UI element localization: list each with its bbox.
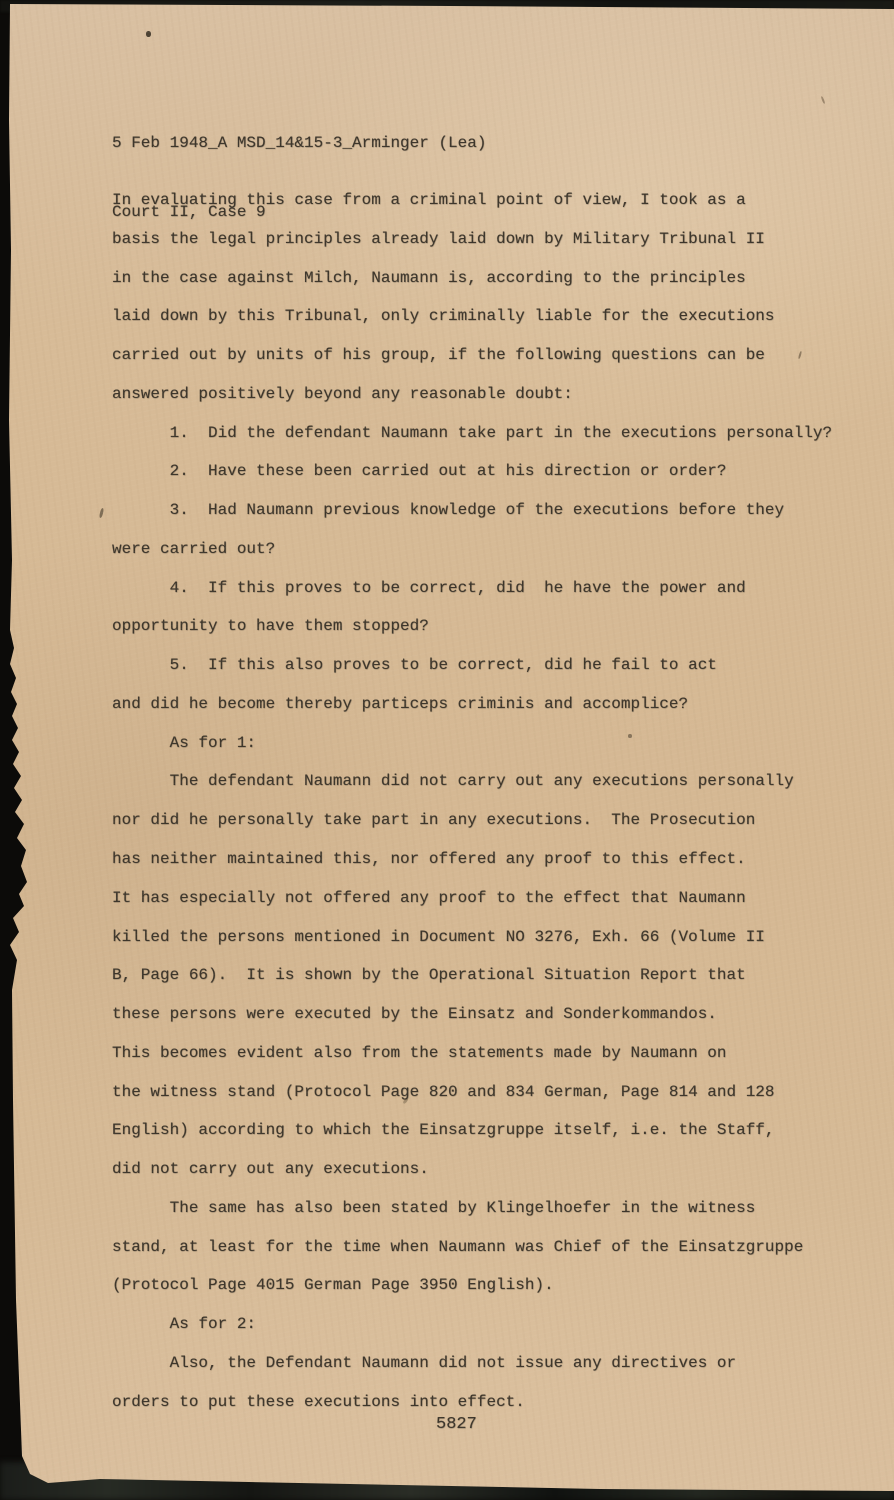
text-line: killed the persons mentioned in Document… — [112, 918, 832, 957]
scanned-document-page: 5 Feb 1948_A MSD_14&15-3_Arminger (Lea) … — [0, 0, 894, 1500]
text-line: Also, the Defendant Naumann did not issu… — [112, 1344, 832, 1383]
text-line: laid down by this Tribunal, only crimina… — [112, 297, 832, 336]
text-line: the witness stand (Protocol Page 820 and… — [112, 1073, 832, 1112]
header-line-date-case: 5 Feb 1948_A MSD_14&15-3_Arminger (Lea) — [112, 132, 486, 155]
text-line: B, Page 66). It is shown by the Operatio… — [112, 956, 832, 995]
text-line: 4. If this proves to be correct, did he … — [112, 569, 832, 608]
text-line: The same has also been stated by Klingel… — [112, 1189, 832, 1228]
paper-speck — [146, 31, 151, 37]
text-line: has neither maintained this, nor offered… — [112, 840, 832, 879]
text-line: carried out by units of his group, if th… — [112, 336, 832, 375]
page-number: 5827 — [436, 1415, 477, 1434]
text-line: did not carry out any executions. — [112, 1150, 832, 1189]
text-line: stand, at least for the time when Nauman… — [112, 1228, 832, 1267]
text-line: answered positively beyond any reasonabl… — [112, 375, 832, 414]
text-line: It has especially not offered any proof … — [112, 879, 832, 918]
text-line: (Protocol Page 4015 German Page 3950 Eng… — [112, 1266, 832, 1305]
text-line: 5. If this also proves to be correct, di… — [112, 646, 832, 685]
paper-sheet: 5 Feb 1948_A MSD_14&15-3_Arminger (Lea) … — [0, 0, 894, 1500]
paper-speck — [99, 508, 104, 518]
text-line: basis the legal principles already laid … — [112, 220, 832, 259]
text-line: nor did he personally take part in any e… — [112, 801, 832, 840]
text-line: The defendant Naumann did not carry out … — [112, 762, 832, 801]
text-line: This becomes evident also from the state… — [112, 1034, 832, 1073]
text-line: English) according to which the Einsatzg… — [112, 1111, 832, 1150]
text-line: As for 1: — [112, 724, 832, 763]
document-body-text: In evaluating this case from a criminal … — [112, 181, 832, 1422]
text-line: As for 2: — [112, 1305, 832, 1344]
text-line: In evaluating this case from a criminal … — [112, 181, 832, 220]
paper-speck — [821, 96, 826, 104]
text-line: in the case against Milch, Naumann is, a… — [112, 259, 832, 298]
text-line: were carried out? — [112, 530, 832, 569]
text-line: 1. Did the defendant Naumann take part i… — [112, 414, 832, 453]
text-line: 3. Had Naumann previous knowledge of the… — [112, 491, 832, 530]
text-line: and did he become thereby particeps crim… — [112, 685, 832, 724]
text-line: these persons were executed by the Einsa… — [112, 995, 832, 1034]
paper-speck — [628, 734, 632, 738]
text-line: opportunity to have them stopped? — [112, 607, 832, 646]
text-line: 2. Have these been carried out at his di… — [112, 452, 832, 491]
